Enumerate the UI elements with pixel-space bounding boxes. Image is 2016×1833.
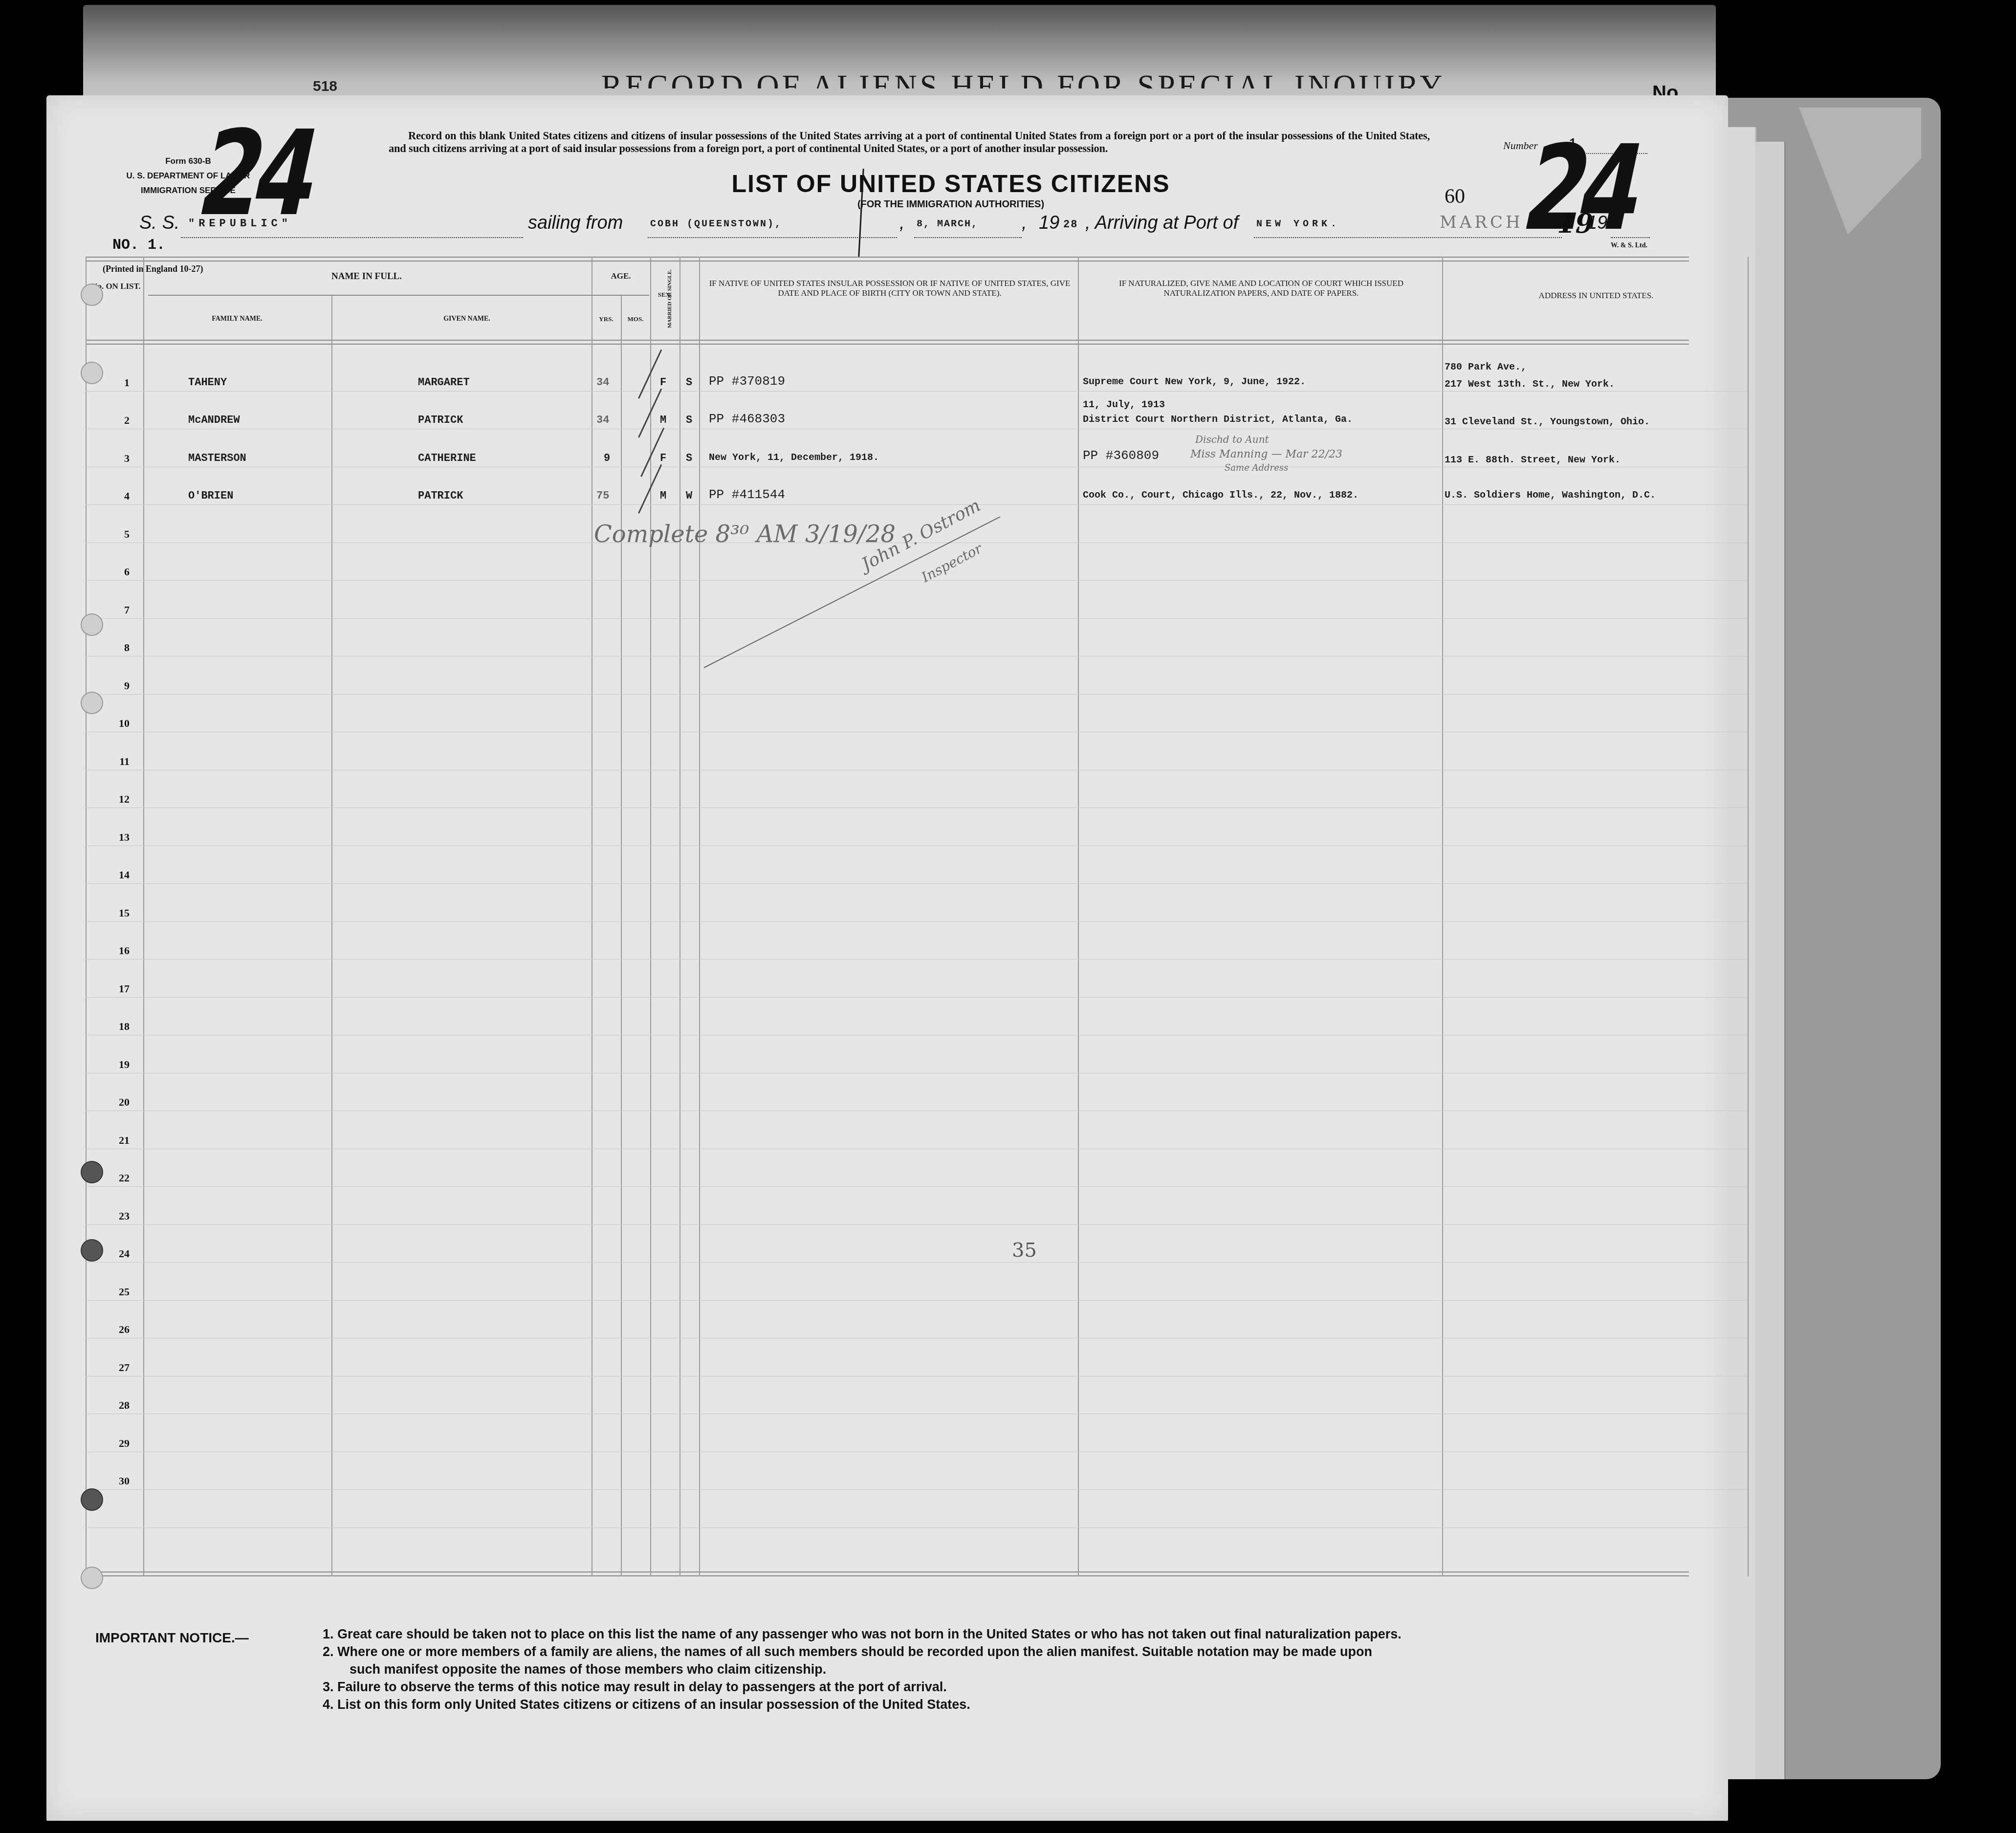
- row-number: 8: [95, 641, 130, 654]
- notice-item-3: 3. Failure to observe the terms of this …: [323, 1678, 1726, 1696]
- from-port-line: [648, 237, 897, 238]
- row-number: 12: [95, 793, 130, 806]
- row-number: 29: [95, 1437, 130, 1450]
- notice-item-2: 2. Where one or more members of a family…: [323, 1643, 1726, 1660]
- given-name: MARGARET: [418, 376, 470, 389]
- column-divider: [1748, 257, 1749, 1576]
- year-suffix: 28: [1063, 218, 1078, 231]
- page-title: LIST OF UNITED STATES CITIZENS: [682, 170, 1220, 198]
- row-number: 4: [95, 490, 130, 502]
- number-label: Number: [1503, 139, 1538, 152]
- header-family-name: FAMILY NAME.: [183, 315, 291, 323]
- marital-status: S: [686, 376, 692, 389]
- address-line-2: 31 Cleveland St., Youngstown, Ohio.: [1445, 416, 1650, 428]
- row-line: [86, 1224, 1748, 1225]
- address-line-2: U.S. Soldiers Home, Washington, D.C.: [1445, 490, 1656, 501]
- binder-hole: [81, 1239, 103, 1262]
- row-number: 23: [95, 1210, 130, 1222]
- discharge-note-2: Miss Manning — Mar 22/23: [1190, 448, 1342, 460]
- citizens-table: No. ON LIST. NAME IN FULL. FAMILY NAME. …: [86, 257, 1689, 1664]
- row-number: 5: [95, 528, 130, 541]
- row-number: 25: [95, 1286, 130, 1298]
- age-years: 75: [596, 490, 609, 502]
- row-number: 7: [95, 604, 130, 616]
- sex: M: [660, 414, 666, 426]
- binder-hole: [81, 613, 103, 636]
- row-line: [86, 1452, 1748, 1452]
- given-name: PATRICK: [418, 490, 463, 502]
- row-number: 14: [95, 869, 130, 881]
- notice-item-2-cont: such manifest opposite the names of thos…: [323, 1660, 1726, 1678]
- row-number: 11: [95, 755, 130, 768]
- sex: M: [660, 490, 666, 502]
- sail-date-line: [914, 237, 1022, 238]
- discharge-note-1: Dischd to Aunt: [1195, 434, 1269, 445]
- completion-note: Complete 8³⁰ AM 3/19/28: [594, 521, 896, 548]
- notice-items: 1. Great care should be taken not to pla…: [323, 1625, 1726, 1713]
- row-number: 10: [95, 717, 130, 730]
- row-line: [86, 429, 1748, 429]
- sail-date: 8, MARCH,: [917, 218, 978, 230]
- sex: F: [660, 376, 666, 389]
- row-line: [86, 1376, 1748, 1376]
- column-divider: [86, 257, 87, 1576]
- row-number: 9: [95, 679, 130, 692]
- header-bottom-rule: [86, 340, 1689, 345]
- row-line: [86, 732, 1748, 732]
- header-name-in-full: NAME IN FULL.: [281, 271, 452, 282]
- header-given-name: GIVEN NAME.: [418, 315, 516, 323]
- page-stack-edge: [1721, 98, 1941, 1779]
- instructions: Record on this blank United States citiz…: [389, 130, 1430, 155]
- arrival-port: NEW YORK.: [1256, 218, 1340, 230]
- row-line: [86, 504, 1748, 505]
- family-name: MASTERSON: [188, 452, 246, 464]
- row-line: [86, 770, 1748, 770]
- row-line: [86, 618, 1748, 619]
- row-line: [86, 1035, 1748, 1035]
- birth-info: PP #370819: [709, 374, 785, 389]
- column-divider: [143, 257, 144, 1576]
- notice-item-4: 4. List on this form only United States …: [323, 1696, 1726, 1713]
- row-number: 20: [95, 1096, 130, 1109]
- row-line: [86, 1300, 1748, 1301]
- ship-name: "REPUBLIC": [188, 218, 292, 230]
- row-line: [86, 656, 1748, 656]
- row-number: 18: [95, 1020, 130, 1033]
- row-line: [86, 694, 1748, 695]
- row-line: [86, 959, 1748, 960]
- row-line: [86, 921, 1748, 922]
- row-line: [86, 1414, 1748, 1414]
- ss-label: S. S.: [139, 213, 179, 233]
- age-years: 34: [596, 414, 609, 426]
- header-married-or-single: MARRIED OR SINGLE.: [667, 262, 673, 335]
- address-line-2: 217 West 13th. St., New York.: [1445, 379, 1615, 390]
- address-line-2: 113 E. 88th. Street, New York.: [1445, 455, 1621, 466]
- page-subtitle: (FOR THE IMMIGRATION AUTHORITIES): [780, 199, 1122, 210]
- row-number: 16: [95, 944, 130, 957]
- row-line: [86, 391, 1748, 392]
- row-line: [86, 467, 1748, 467]
- folded-corner: [1799, 108, 1921, 235]
- form-no: NO. 1.: [112, 237, 165, 254]
- birth-info: PP #468303: [709, 412, 785, 426]
- table-top-rule: [86, 257, 1689, 262]
- column-divider: [1442, 257, 1443, 1576]
- family-name: TAHENY: [188, 376, 227, 389]
- arrival-year-prefix: , 19: [1577, 213, 1607, 234]
- row-number: 6: [95, 566, 130, 578]
- header-naturalized: IF NATURALIZED, GIVE NAME AND LOCATION O…: [1083, 279, 1440, 298]
- row-number: 17: [95, 982, 130, 995]
- birth-info: PP #411544: [709, 487, 785, 502]
- year-prefix: 19: [1039, 213, 1059, 234]
- header-native-birth: IF NATIVE OF UNITED STATES INSULAR POSSE…: [704, 279, 1075, 298]
- page-mark: 35: [1012, 1239, 1037, 1262]
- address-line-1: 780 Park Ave.,: [1445, 362, 1527, 373]
- stamp-number: 60: [1445, 185, 1465, 208]
- printer-mark: W. & S. Ltd.: [1611, 242, 1647, 250]
- row-number: 2: [95, 414, 130, 427]
- naturalization-court: Supreme Court New York, 9, June, 1922.: [1083, 376, 1306, 388]
- sex: F: [660, 452, 666, 464]
- row-line: [86, 846, 1748, 846]
- row-line: [86, 1338, 1748, 1338]
- back-form-fragment: 518: [313, 78, 337, 95]
- given-name: CATHERINE: [418, 452, 476, 464]
- row-number: 13: [95, 831, 130, 844]
- column-divider: [331, 295, 332, 1576]
- row-line: [86, 883, 1748, 884]
- table-bottom-rule: [86, 1571, 1689, 1576]
- row-number: 30: [95, 1475, 130, 1487]
- row-number: 26: [95, 1323, 130, 1336]
- row-line: [86, 580, 1748, 581]
- row-number: 3: [95, 452, 130, 465]
- marital-status: S: [686, 452, 692, 464]
- arrival-year-line: [1611, 237, 1650, 238]
- age-years: 34: [596, 376, 609, 389]
- manifest-page: Form 630-B U. S. DEPARTMENT OF LABOR IMM…: [46, 95, 1728, 1821]
- row-line: [86, 807, 1748, 808]
- binder-hole: [81, 1161, 103, 1183]
- binder-hole: [81, 362, 103, 384]
- row-line: [86, 997, 1748, 998]
- given-name: PATRICK: [418, 414, 463, 426]
- binder-hole: [81, 1488, 103, 1511]
- header-age: AGE.: [594, 271, 648, 281]
- binder-hole: [81, 692, 103, 714]
- row-line: [86, 1073, 1748, 1073]
- row-number: 28: [95, 1399, 130, 1412]
- from-port: COBH (QUEENSTOWN),: [650, 218, 782, 230]
- discharge-note-3: Same Address: [1225, 463, 1288, 473]
- column-divider: [592, 257, 592, 1576]
- binder-hole: [81, 284, 103, 306]
- row-number: 27: [95, 1361, 130, 1374]
- row-number: 21: [95, 1134, 130, 1147]
- comma: ,: [1022, 213, 1027, 234]
- arrival-month: MARCH: [1440, 213, 1523, 232]
- inspector-title: Inspector: [919, 540, 985, 586]
- name-subheader-rule: [148, 295, 649, 296]
- naturalization-court: District Court Northern District, Atlant…: [1083, 414, 1353, 425]
- notice-item-1: 1. Great care should be taken not to pla…: [323, 1625, 1726, 1643]
- voyage-line: S. S.: [139, 213, 179, 234]
- row-line: [86, 1111, 1748, 1111]
- marital-status: W: [686, 490, 692, 502]
- header-sex: SEX.: [650, 291, 679, 299]
- sailing-label: sailing from: [528, 213, 623, 234]
- column-divider: [679, 257, 680, 1576]
- row-line: [86, 1262, 1748, 1263]
- binder-hole: [81, 1567, 103, 1589]
- column-divider: [621, 295, 622, 1576]
- row-line: [86, 1489, 1748, 1490]
- notice-heading: IMPORTANT NOTICE.—: [95, 1629, 249, 1647]
- family-name: O'BRIEN: [188, 490, 233, 502]
- row-number: 19: [95, 1058, 130, 1071]
- column-divider: [1078, 257, 1079, 1576]
- age-years: 9: [604, 452, 610, 464]
- ship-name-line: [181, 237, 523, 238]
- arriving-label: , Arriving at Port of: [1085, 213, 1238, 234]
- column-divider: [699, 257, 700, 1576]
- row-line: [86, 1149, 1748, 1149]
- naturalization-pp: PP #360809: [1083, 448, 1159, 463]
- page-edge: [1755, 142, 1786, 1779]
- comma: ,: [899, 213, 905, 234]
- row-line: [86, 1186, 1748, 1187]
- arrival-port-line: [1254, 237, 1562, 238]
- naturalization-date: 11, July, 1913: [1083, 399, 1165, 411]
- header-yrs: YRS.: [592, 315, 621, 323]
- row-line: [86, 1527, 1748, 1528]
- header-mos: MOS.: [621, 315, 650, 323]
- family-name: McANDREW: [188, 414, 240, 426]
- birth-info: New York, 11, December, 1918.: [709, 452, 879, 463]
- naturalization-court: Cook Co., Court, Chicago Ills., 22, Nov.…: [1083, 490, 1359, 501]
- header-address: ADDRESS IN UNITED STATES.: [1447, 291, 1745, 301]
- marital-status: S: [686, 414, 692, 426]
- row-number: 15: [95, 907, 130, 919]
